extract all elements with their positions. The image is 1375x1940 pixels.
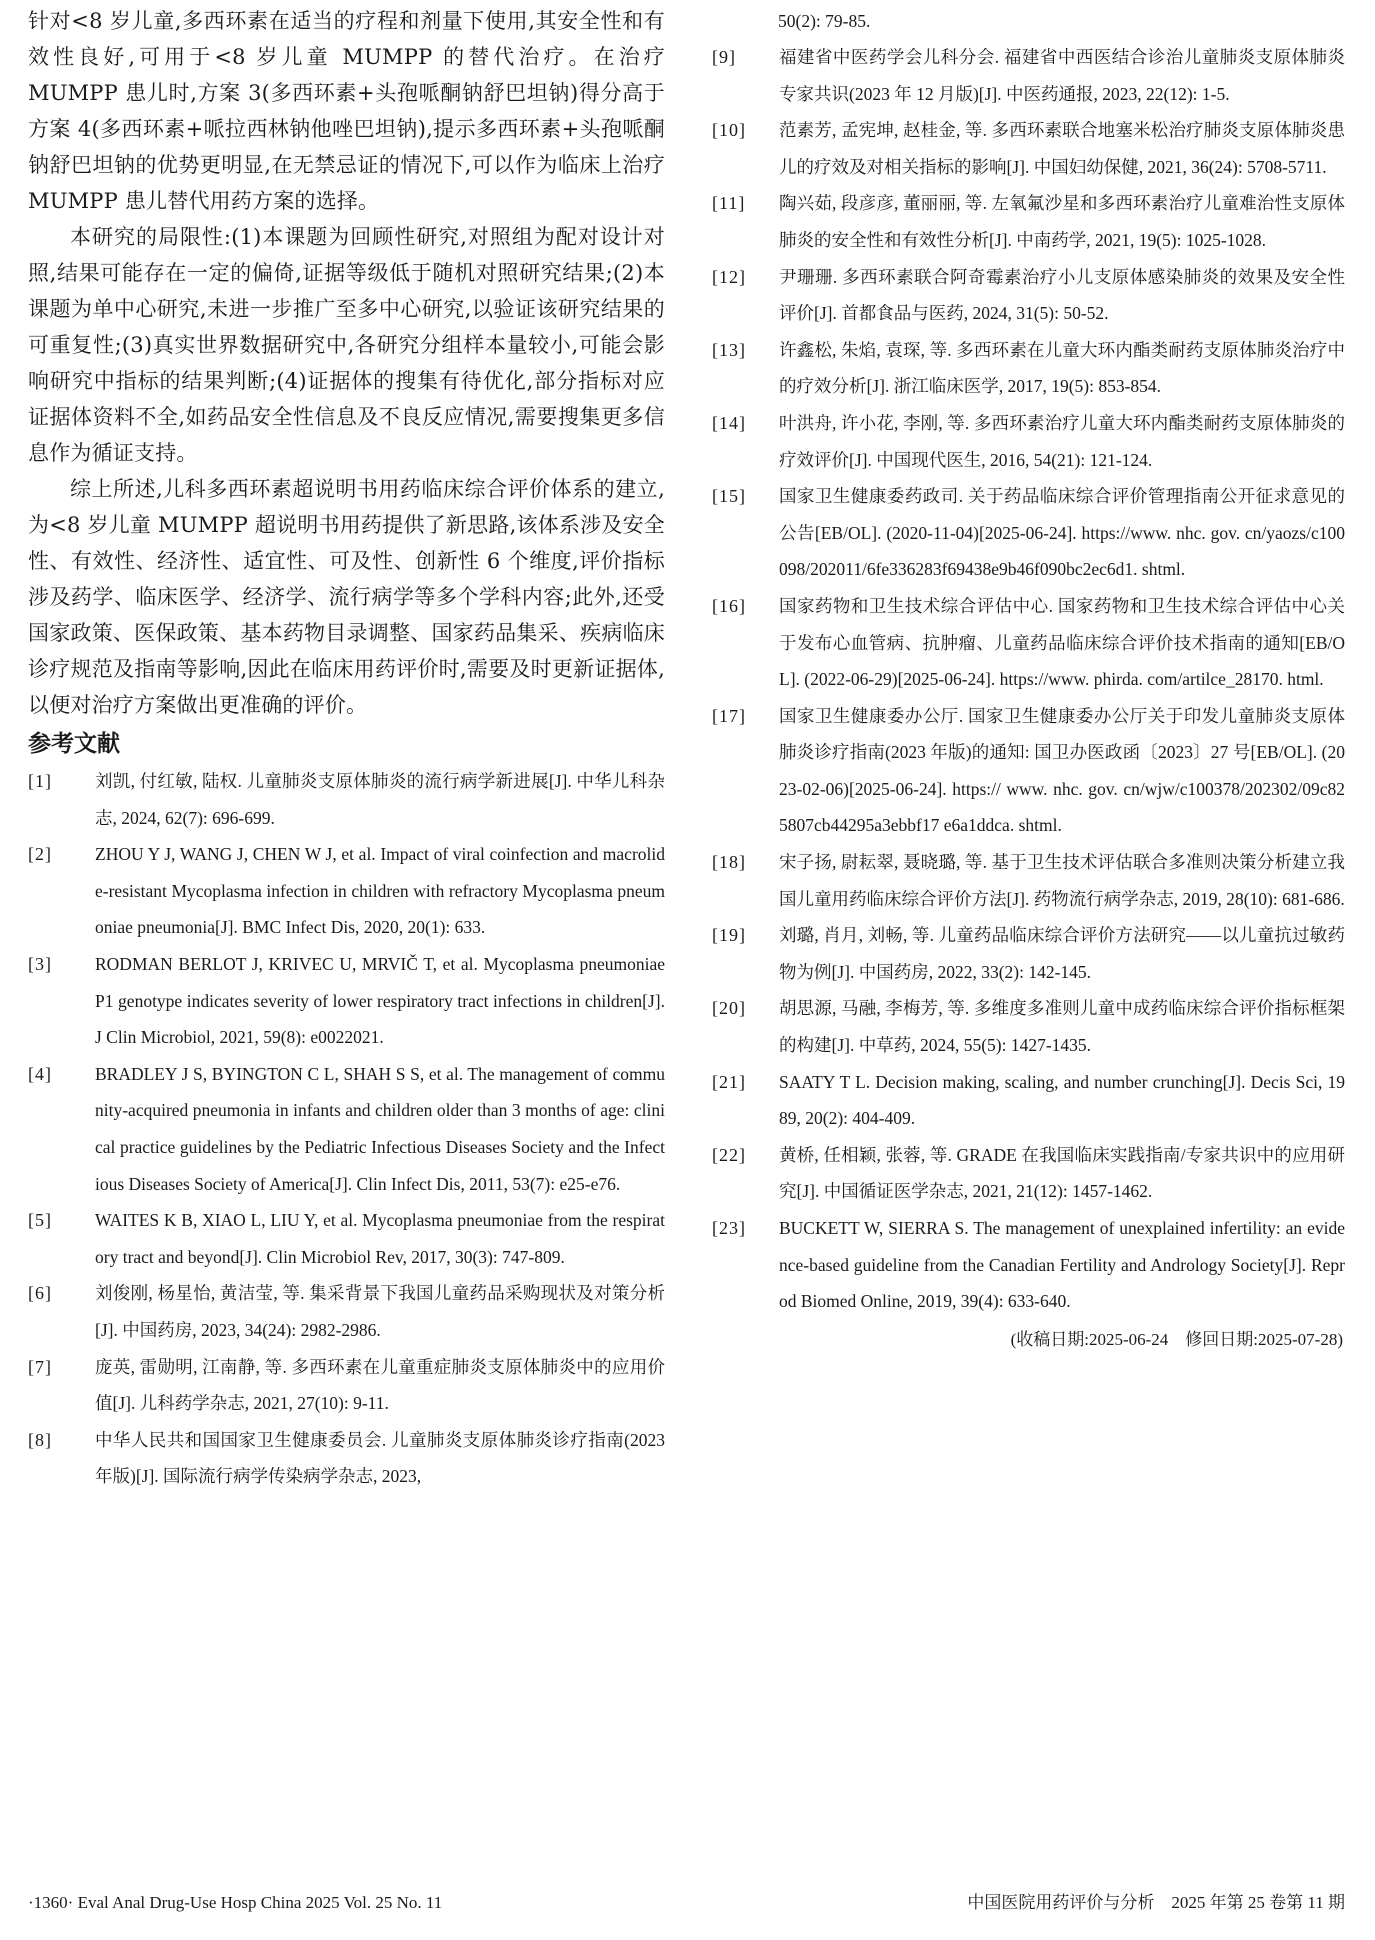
footer-journal-issue-cn: 中国医院用药评价与分析 2025 年第 25 卷第 11 期 bbox=[967, 1888, 1345, 1918]
reference-item: [9] 福建省中医药学会儿科分会. 福建省中西医结合诊治儿童肺炎支原体肺炎专家共… bbox=[712, 39, 1345, 112]
journal-page: 针对<8 岁儿童,多西环素在适当的疗程和剂量下使用,其安全性和有效性良好,可用于… bbox=[0, 0, 1375, 1940]
reference-item: [2] ZHOU Y J, WANG J, CHEN W J, et al. I… bbox=[28, 836, 665, 946]
reference-item: [7] 庞英, 雷勋明, 江南静, 等. 多西环素在儿童重症肺炎支原体肺炎中的应… bbox=[28, 1349, 665, 1422]
reference-number: [10] bbox=[712, 112, 746, 149]
references-heading: 参考文献 bbox=[28, 727, 665, 761]
reference-text: 中华人民共和国国家卫生健康委员会. 儿童肺炎支原体肺炎诊疗指南(2023 年版)… bbox=[95, 1422, 665, 1495]
reference-number: [16] bbox=[712, 588, 746, 625]
reference-text: 福建省中医药学会儿科分会. 福建省中西医结合诊治儿童肺炎支原体肺炎专家共识(20… bbox=[779, 39, 1345, 112]
reference-item: [10] 范素芳, 孟宪坤, 赵桂金, 等. 多西环素联合地塞米松治疗肺炎支原体… bbox=[712, 112, 1345, 185]
reference-number: [9] bbox=[712, 39, 736, 76]
reference-item: [18] 宋子扬, 尉耘翠, 聂晓璐, 等. 基于卫生技术评估联合多准则决策分析… bbox=[712, 844, 1345, 917]
reference-item: [12] 尹珊珊. 多西环素联合阿奇霉素治疗小儿支原体感染肺炎的效果及安全性评价… bbox=[712, 259, 1345, 332]
reference-item: [19] 刘璐, 肖月, 刘畅, 等. 儿童药品临床综合评价方法研究——以儿童抗… bbox=[712, 917, 1345, 990]
page-footer: ·1360· Eval Anal Drug-Use Hosp China 202… bbox=[28, 1888, 1345, 1918]
reference-item: [1] 刘凯, 付红敏, 陆权. 儿童肺炎支原体肺炎的流行病学新进展[J]. 中… bbox=[28, 763, 665, 836]
received-revised-dates: (收稿日期:2025-06-24 修回日期:2025-07-28) bbox=[712, 1322, 1345, 1358]
reference-item: [21] SAATY T L. Decision making, scaling… bbox=[712, 1064, 1345, 1137]
reference-number: [14] bbox=[712, 405, 746, 442]
reference-text: 刘俊刚, 杨星怡, 黄洁莹, 等. 集采背景下我国儿童药品采购现状及对策分析[J… bbox=[95, 1275, 665, 1348]
reference-number: [15] bbox=[712, 478, 746, 515]
reference-item: [11] 陶兴茹, 段彦彦, 董丽丽, 等. 左氧氟沙星和多西环素治疗儿童难治性… bbox=[712, 185, 1345, 258]
reference-number: [3] bbox=[28, 946, 52, 983]
reference-number: [13] bbox=[712, 332, 746, 369]
reference-text: 尹珊珊. 多西环素联合阿奇霉素治疗小儿支原体感染肺炎的效果及安全性评价[J]. … bbox=[779, 259, 1345, 332]
right-column: 50(2): 79-85. [9] 福建省中医药学会儿科分会. 福建省中西医结合… bbox=[712, 0, 1345, 1358]
footer-page-citation-en: ·1360· Eval Anal Drug-Use Hosp China 202… bbox=[28, 1888, 442, 1918]
reference-text: 黄桥, 任相颖, 张蓉, 等. GRADE 在我国临床实践指南/专家共识中的应用… bbox=[779, 1137, 1345, 1210]
reference-text: 宋子扬, 尉耘翠, 聂晓璐, 等. 基于卫生技术评估联合多准则决策分析建立我国儿… bbox=[779, 844, 1345, 917]
reference-item: [22] 黄桥, 任相颖, 张蓉, 等. GRADE 在我国临床实践指南/专家共… bbox=[712, 1137, 1345, 1210]
reference-text: 刘璐, 肖月, 刘畅, 等. 儿童药品临床综合评价方法研究——以儿童抗过敏药物为… bbox=[779, 917, 1345, 990]
reference-text: BUCKETT W, SIERRA S. The management of u… bbox=[779, 1210, 1345, 1320]
reference-number: [8] bbox=[28, 1422, 52, 1459]
paragraph-conclusion-continued: 针对<8 岁儿童,多西环素在适当的疗程和剂量下使用,其安全性和有效性良好,可用于… bbox=[28, 3, 665, 219]
reference-text: SAATY T L. Decision making, scaling, and… bbox=[779, 1064, 1345, 1137]
reference-number: [4] bbox=[28, 1056, 52, 1093]
reference-number: [17] bbox=[712, 698, 746, 735]
reference-item: [17] 国家卫生健康委办公厅. 国家卫生健康委办公厅关于印发儿童肺炎支原体肺炎… bbox=[712, 698, 1345, 844]
reference-item: [3] RODMAN BERLOT J, KRIVEC U, MRVIČ T, … bbox=[28, 946, 665, 1056]
reference-item: [8] 中华人民共和国国家卫生健康委员会. 儿童肺炎支原体肺炎诊疗指南(2023… bbox=[28, 1422, 665, 1495]
reference-text: 国家卫生健康委办公厅. 国家卫生健康委办公厅关于印发儿童肺炎支原体肺炎诊疗指南(… bbox=[779, 698, 1345, 844]
reference-number: [6] bbox=[28, 1275, 52, 1312]
reference-text: WAITES K B, XIAO L, LIU Y, et al. Mycopl… bbox=[95, 1202, 665, 1275]
reference-number: [7] bbox=[28, 1349, 52, 1386]
reference-text: 胡思源, 马融, 李梅芳, 等. 多维度多准则儿童中成药临床综合评价指标框架的构… bbox=[779, 990, 1345, 1063]
reference-text: BRADLEY J S, BYINGTON C L, SHAH S S, et … bbox=[95, 1056, 665, 1202]
reference-number: [12] bbox=[712, 259, 746, 296]
reference-number: [22] bbox=[712, 1137, 746, 1174]
left-column: 针对<8 岁儿童,多西环素在适当的疗程和剂量下使用,其安全性和有效性良好,可用于… bbox=[28, 0, 665, 1495]
paragraph-summary: 综上所述,儿科多西环素超说明书用药临床综合评价体系的建立,为<8 岁儿童 MUM… bbox=[28, 471, 665, 723]
reference-text: 许鑫松, 朱焰, 袁琛, 等. 多西环素在儿童大环内酯类耐药支原体肺炎治疗中的疗… bbox=[779, 332, 1345, 405]
reference-number: [5] bbox=[28, 1202, 52, 1239]
reference-text: ZHOU Y J, WANG J, CHEN W J, et al. Impac… bbox=[95, 836, 665, 946]
reference-item: [6] 刘俊刚, 杨星怡, 黄洁莹, 等. 集采背景下我国儿童药品采购现状及对策… bbox=[28, 1275, 665, 1348]
reference-number: [2] bbox=[28, 836, 52, 873]
reference-number: [23] bbox=[712, 1210, 746, 1247]
reference-number: [1] bbox=[28, 763, 52, 800]
reference-item: [20] 胡思源, 马融, 李梅芳, 等. 多维度多准则儿童中成药临床综合评价指… bbox=[712, 990, 1345, 1063]
reference-text: 范素芳, 孟宪坤, 赵桂金, 等. 多西环素联合地塞米松治疗肺炎支原体肺炎患儿的… bbox=[779, 112, 1345, 185]
reference-number: [19] bbox=[712, 917, 746, 954]
reference-item: [5] WAITES K B, XIAO L, LIU Y, et al. My… bbox=[28, 1202, 665, 1275]
reference-item: [15] 国家卫生健康委药政司. 关于药品临床综合评价管理指南公开征求意见的公告… bbox=[712, 478, 1345, 588]
reference-continuation: 50(2): 79-85. bbox=[712, 3, 1345, 39]
body-text: 针对<8 岁儿童,多西环素在适当的疗程和剂量下使用,其安全性和有效性良好,可用于… bbox=[28, 3, 665, 723]
reference-item: [14] 叶洪舟, 许小花, 李刚, 等. 多西环素治疗儿童大环内酯类耐药支原体… bbox=[712, 405, 1345, 478]
reference-text: 刘凯, 付红敏, 陆权. 儿童肺炎支原体肺炎的流行病学新进展[J]. 中华儿科杂… bbox=[95, 763, 665, 836]
reference-text: 国家卫生健康委药政司. 关于药品临床综合评价管理指南公开征求意见的公告[EB/O… bbox=[779, 478, 1345, 588]
reference-number: [21] bbox=[712, 1064, 746, 1101]
paragraph-limitations: 本研究的局限性:(1)本课题为回顾性研究,对照组为配对设计对照,结果可能存在一定… bbox=[28, 219, 665, 471]
reference-item: [13] 许鑫松, 朱焰, 袁琛, 等. 多西环素在儿童大环内酯类耐药支原体肺炎… bbox=[712, 332, 1345, 405]
reference-item: [4] BRADLEY J S, BYINGTON C L, SHAH S S,… bbox=[28, 1056, 665, 1202]
reference-item: [23] BUCKETT W, SIERRA S. The management… bbox=[712, 1210, 1345, 1320]
reference-text: 国家药物和卫生技术综合评估中心. 国家药物和卫生技术综合评估中心关于发布心血管病… bbox=[779, 588, 1345, 698]
reference-number: [11] bbox=[712, 185, 745, 222]
reference-text: RODMAN BERLOT J, KRIVEC U, MRVIČ T, et a… bbox=[95, 946, 665, 1056]
reference-text: 庞英, 雷勋明, 江南静, 等. 多西环素在儿童重症肺炎支原体肺炎中的应用价值[… bbox=[95, 1349, 665, 1422]
reference-list-left: [1] 刘凯, 付红敏, 陆权. 儿童肺炎支原体肺炎的流行病学新进展[J]. 中… bbox=[28, 763, 665, 1495]
reference-number: [18] bbox=[712, 844, 746, 881]
reference-text: 陶兴茹, 段彦彦, 董丽丽, 等. 左氧氟沙星和多西环素治疗儿童难治性支原体肺炎… bbox=[779, 185, 1345, 258]
reference-item: [16] 国家药物和卫生技术综合评估中心. 国家药物和卫生技术综合评估中心关于发… bbox=[712, 588, 1345, 698]
reference-number: [20] bbox=[712, 990, 746, 1027]
reference-text: 叶洪舟, 许小花, 李刚, 等. 多西环素治疗儿童大环内酯类耐药支原体肺炎的疗效… bbox=[779, 405, 1345, 478]
reference-list-right: [9] 福建省中医药学会儿科分会. 福建省中西医结合诊治儿童肺炎支原体肺炎专家共… bbox=[712, 39, 1345, 1320]
